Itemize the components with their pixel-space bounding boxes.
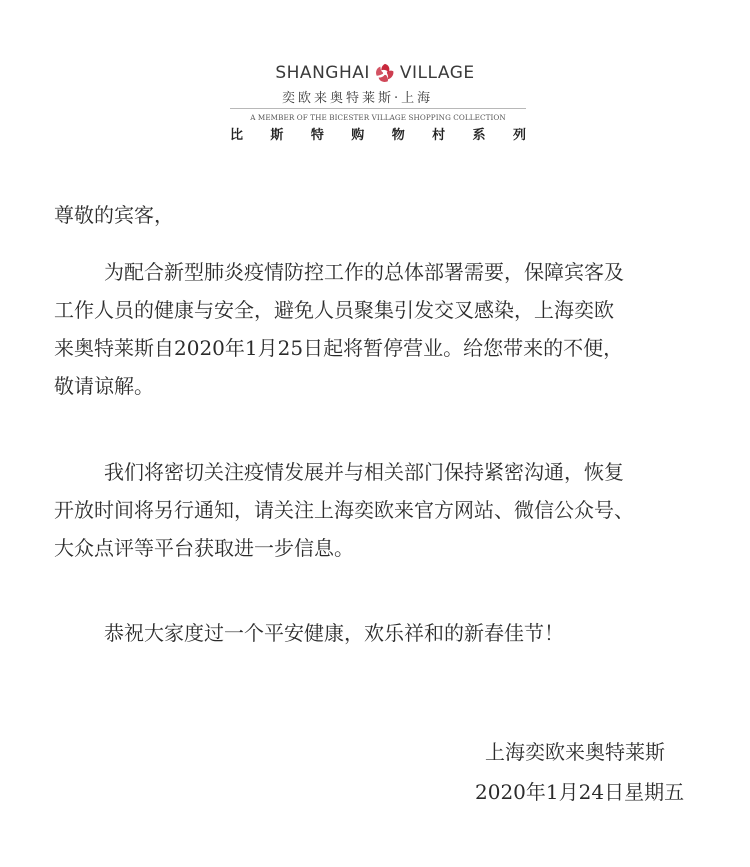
signature-date: 2020年1月24日星期五 xyxy=(475,773,684,811)
series-char: 村 xyxy=(432,124,445,143)
series-char: 比 xyxy=(230,124,243,143)
series-char: 列 xyxy=(513,124,526,143)
paragraph-line: 敬请谅解。 xyxy=(54,367,154,405)
paragraph-line: 来奥特莱斯自2020年1月25日起将暂停营业。给您带来的不便， xyxy=(54,329,623,367)
paragraph-line: 我们将密切关注疫情发展并与相关部门保持紧密沟通，恢复 xyxy=(104,453,624,491)
paragraph-line: 开放时间将另行通知，请关注上海奕欧来官方网站、微信公众号、 xyxy=(54,491,634,529)
flower-emblem-icon xyxy=(374,62,396,84)
paragraph-line: 工作人员的健康与安全，避免人员聚集引发交叉感染，上海奕欧 xyxy=(54,291,614,329)
greeting: 尊敬的宾客， xyxy=(54,196,174,234)
logo-member-line: A MEMBER OF THE BICESTER VILLAGE SHOPPIN… xyxy=(228,113,528,122)
series-char: 购 xyxy=(351,124,364,143)
logo-series-line: 比 斯 特 购 物 村 系 列 xyxy=(230,124,526,143)
logo-chinese-name: 奕欧来奥特莱斯·上海 xyxy=(282,87,462,106)
series-char: 斯 xyxy=(270,124,283,143)
paragraph-line: 大众点评等平台获取进一步信息。 xyxy=(54,529,354,567)
paragraph-line: 恭祝大家度过一个平安健康，欢乐祥和的新春佳节！ xyxy=(104,614,564,652)
logo-brand-line: SHANGHAI VILLAGE xyxy=(0,62,750,84)
logo-divider xyxy=(230,108,526,109)
paragraph-line: 为配合新型肺炎疫情防控工作的总体部署需要，保障宾客及 xyxy=(104,253,624,291)
series-char: 物 xyxy=(392,124,405,143)
series-char: 特 xyxy=(311,124,324,143)
logo-brand-right: VILLAGE xyxy=(400,63,475,83)
logo-brand-left: SHANGHAI xyxy=(275,63,370,83)
signature-organization: 上海奕欧来奥特莱斯 xyxy=(485,733,665,771)
series-char: 系 xyxy=(473,124,486,143)
shanghai-village-logo: SHANGHAI VILLAGE 奕欧来奥特莱斯·上海 A MEMBER OF … xyxy=(0,0,750,160)
